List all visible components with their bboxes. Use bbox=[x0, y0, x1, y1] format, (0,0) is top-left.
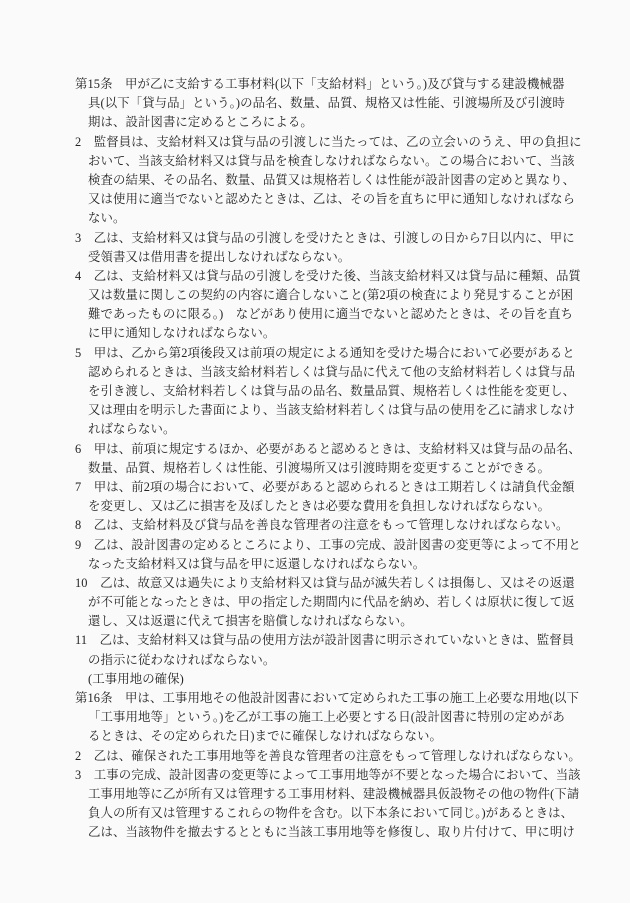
document-line: に甲に通知しなければならない。 bbox=[75, 324, 587, 343]
document-page: 第15条 甲が乙に支給する工事材料(以下「支給材料」という。)及び貸与する建設機… bbox=[0, 0, 630, 903]
document-line: 2 乙は、確保された工事用地等を善良な管理者の注意をもって管理しなければならない… bbox=[75, 747, 587, 766]
document-line: (工事用地の確保) bbox=[75, 670, 587, 689]
article-15-item-10: 10 乙は、故意又は過失により支給材料又は貸与品が滅失若しくは損傷し、又はその返… bbox=[75, 574, 587, 632]
article-15-item-6: 6 甲は、前項に規定するほか、必要があると認めるときは、支給材料又は貸与品の品名… bbox=[75, 440, 587, 478]
document-line: 又は使用に適当でないと認めたときは、乙は、その旨を直ちに甲に通知しなければなら bbox=[75, 190, 587, 209]
article-16-item-3: 3 工事の完成、設計図書の変更等によって工事用地等が不要となった場合において、当… bbox=[75, 766, 587, 843]
article-15: 第15条 甲が乙に支給する工事材料(以下「支給材料」という。)及び貸与する建設機… bbox=[75, 75, 587, 133]
document-line: 数量、品質、規格若しくは性能、引渡場所又は引渡時期を変更することができる。 bbox=[75, 459, 587, 478]
document-line: 又は理由を明示した書面により、当該支給材料若しくは貸与品の使用を乙に請求しなけ bbox=[75, 401, 587, 420]
article-15-item-7: 7 甲は、前2項の場合において、必要があると認められるときは工期若しくは請負代金… bbox=[75, 478, 587, 516]
article-15-item-9: 9 乙は、設計図書の定めるところにより、工事の完成、設計図書の変更等によって不用… bbox=[75, 536, 587, 574]
document-line: 11 乙は、支給材料又は貸与品の使用方法が設計図書に明示されていないときは、監督… bbox=[75, 631, 587, 650]
document-line: 8 乙は、支給材料及び貸与品を善良な管理者の注意をもって管理しなければならない。 bbox=[75, 516, 587, 535]
document-line: 第15条 甲が乙に支給する工事材料(以下「支給材料」という。)及び貸与する建設機… bbox=[75, 75, 587, 94]
document-line: るときは、その定められた日)までに確保しなければならない。 bbox=[75, 727, 587, 746]
article-15-item-5: 5 甲は、乙から第2項後段又は前項の規定による通知を受けた場合において必要がある… bbox=[75, 344, 587, 440]
document-line: 還し、又は返還に代えて損害を賠償しなければならない。 bbox=[75, 612, 587, 631]
document-line: 10 乙は、故意又は過失により支給材料又は貸与品が滅失若しくは損傷し、又はその返… bbox=[75, 574, 587, 593]
article-15-item-3: 3 乙は、支給材料又は貸与品の引渡しを受けたときは、引渡しの日から7日以内に、甲… bbox=[75, 229, 587, 267]
document-line: 検査の結果、その品名、数量、品質又は規格若しくは性能が設計図書の定めと異なり、 bbox=[75, 171, 587, 190]
document-line: 又は数量に関しこの契約の内容に適合しないこと(第2項の検査により発見することが困 bbox=[75, 286, 587, 305]
document-line: 期は、設計図書に定めるところによる。 bbox=[75, 113, 587, 132]
document-line: なった支給材料又は貸与品を甲に返還しなければならない。 bbox=[75, 555, 587, 574]
document-line: おいて、当該支給材料又は貸与品を検査しなければならない。この場合において、当該 bbox=[75, 152, 587, 171]
document-line: 乙は、当該物件を撤去するとともに当該工事用地等を修復し、取り片付けて、甲に明け bbox=[75, 823, 587, 842]
document-line: 6 甲は、前項に規定するほか、必要があると認めるときは、支給材料又は貸与品の品名… bbox=[75, 440, 587, 459]
document-line: 3 工事の完成、設計図書の変更等によって工事用地等が不要となった場合において、当… bbox=[75, 766, 587, 785]
article-15-item-11: 11 乙は、支給材料又は貸与品の使用方法が設計図書に明示されていないときは、監督… bbox=[75, 631, 587, 669]
document-line: 負人の所有又は管理するこれらの物件を含む。以下本条において同じ。)があるときは、 bbox=[75, 804, 587, 823]
document-line: ればならない。 bbox=[75, 420, 587, 439]
document-line: 3 乙は、支給材料又は貸与品の引渡しを受けたときは、引渡しの日から7日以内に、甲… bbox=[75, 229, 587, 248]
article-16: 第16条 甲は、工事用地その他設計図書において定められた工事の施工上必要な用地(… bbox=[75, 689, 587, 747]
article-15-item-8: 8 乙は、支給材料及び貸与品を善良な管理者の注意をもって管理しなければならない。 bbox=[75, 516, 587, 535]
document-line: 第16条 甲は、工事用地その他設計図書において定められた工事の施工上必要な用地(… bbox=[75, 689, 587, 708]
article-16-item-2: 2 乙は、確保された工事用地等を善良な管理者の注意をもって管理しなければならない… bbox=[75, 747, 587, 766]
document-line: ない。 bbox=[75, 209, 587, 228]
document-line: 9 乙は、設計図書の定めるところにより、工事の完成、設計図書の変更等によって不用… bbox=[75, 536, 587, 555]
article-15-item-2: 2 監督員は、支給材料又は貸与品の引渡しに当たっては、乙の立会いのうえ、甲の負担… bbox=[75, 133, 587, 229]
document-line: 7 甲は、前2項の場合において、必要があると認められるときは工期若しくは請負代金… bbox=[75, 478, 587, 497]
document-line: を変更し、又は乙に損害を及ぼしたときは必要な費用を負担しなければならない。 bbox=[75, 497, 587, 516]
article-15-item-4: 4 乙は、支給材料又は貸与品の引渡しを受けた後、当該支給材料又は貸与品に種類、品… bbox=[75, 267, 587, 344]
document-line: 4 乙は、支給材料又は貸与品の引渡しを受けた後、当該支給材料又は貸与品に種類、品… bbox=[75, 267, 587, 286]
document-line: が不可能となったときは、甲の指定した期間内に代品を納め、若しくは原状に復して返 bbox=[75, 593, 587, 612]
document-line: 難であったものに限る。) などがあり使用に適当でないと認めたときは、その旨を直ち bbox=[75, 305, 587, 324]
document-line: 受領書又は借用書を提出しなければならない。 bbox=[75, 248, 587, 267]
document-line: 「工事用地等」という。)を乙が工事の施工上必要とする日(設計図書に特別の定めがあ bbox=[75, 708, 587, 727]
document-line: 認められるときは、当該支給材料若しくは貸与品に代えて他の支給材料若しくは貸与品 bbox=[75, 363, 587, 382]
section-heading-koji-yochi: (工事用地の確保) bbox=[75, 670, 587, 689]
contract-text-body: 第15条 甲が乙に支給する工事材料(以下「支給材料」という。)及び貸与する建設機… bbox=[75, 75, 587, 843]
document-line: 具(以下「貸与品」という。)の品名、数量、品質、規格又は性能、引渡場所及び引渡時 bbox=[75, 94, 587, 113]
document-line: 5 甲は、乙から第2項後段又は前項の規定による通知を受けた場合において必要がある… bbox=[75, 344, 587, 363]
document-line: の指示に従わなければならない。 bbox=[75, 651, 587, 670]
document-line: 2 監督員は、支給材料又は貸与品の引渡しに当たっては、乙の立会いのうえ、甲の負担… bbox=[75, 133, 587, 152]
document-line: を引き渡し、支給材料若しくは貸与品の品名、数量品質、規格若しくは性能を変更し、 bbox=[75, 382, 587, 401]
document-line: 工事用地等に乙が所有又は管理する工事用材料、建設機械器具仮設物その他の物件(下請 bbox=[75, 785, 587, 804]
